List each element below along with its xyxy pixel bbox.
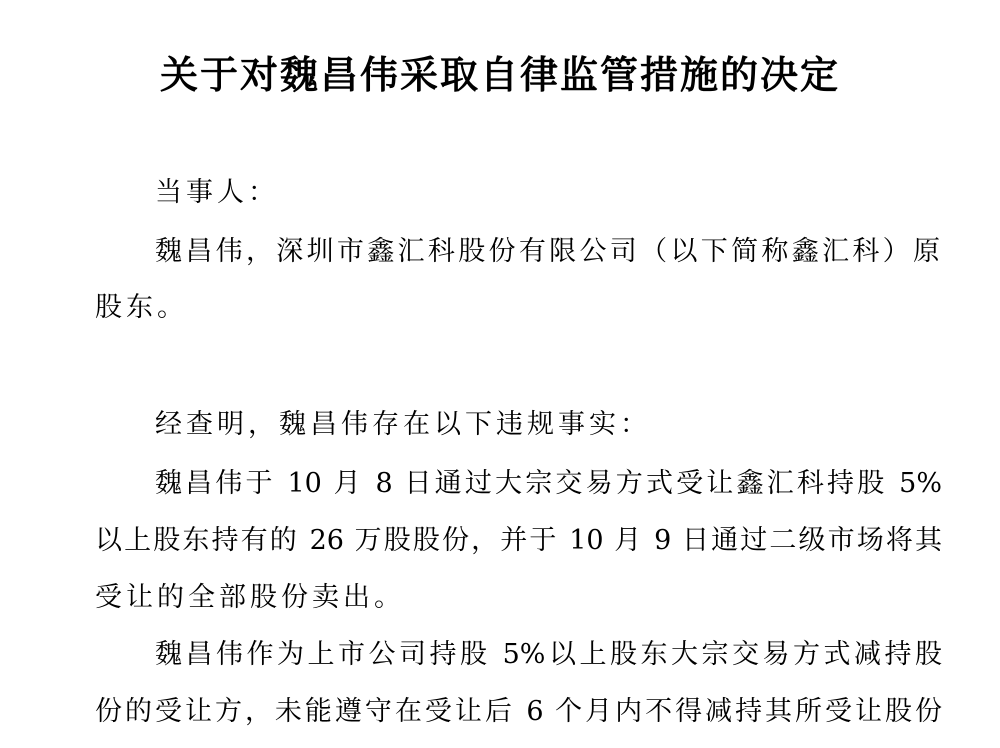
facts-paragraph-1-line-2: 以上股东持有的 26 万股股份，并于 10 月 9 日通过二级市场将其 (95, 523, 942, 559)
party-description-line-1: 魏昌伟，深圳市鑫汇科股份有限公司（以下简称鑫汇科）原 (155, 234, 940, 270)
party-label: 当事人： (155, 175, 279, 211)
facts-intro: 经查明，魏昌伟存在以下违规事实： (155, 407, 651, 443)
party-description-line-2: 股东。 (95, 290, 188, 326)
facts-paragraph-1-line-1: 魏昌伟于 10 月 8 日通过大宗交易方式受让鑫汇科持股 5% (155, 466, 942, 502)
document-page: 关于对魏昌伟采取自律监管措施的决定 当事人： 魏昌伟，深圳市鑫汇科股份有限公司（… (0, 0, 1000, 748)
facts-paragraph-2-line-1: 魏昌伟作为上市公司持股 5%以上股东大宗交易方式减持股 (155, 637, 942, 673)
facts-paragraph-2-line-2: 份的受让方，未能遵守在受让后 6 个月内不得减持其所受让股份 (95, 694, 942, 730)
facts-paragraph-1-line-3: 受让的全部股份卖出。 (95, 580, 405, 616)
document-title: 关于对魏昌伟采取自律监管措施的决定 (0, 48, 1000, 102)
